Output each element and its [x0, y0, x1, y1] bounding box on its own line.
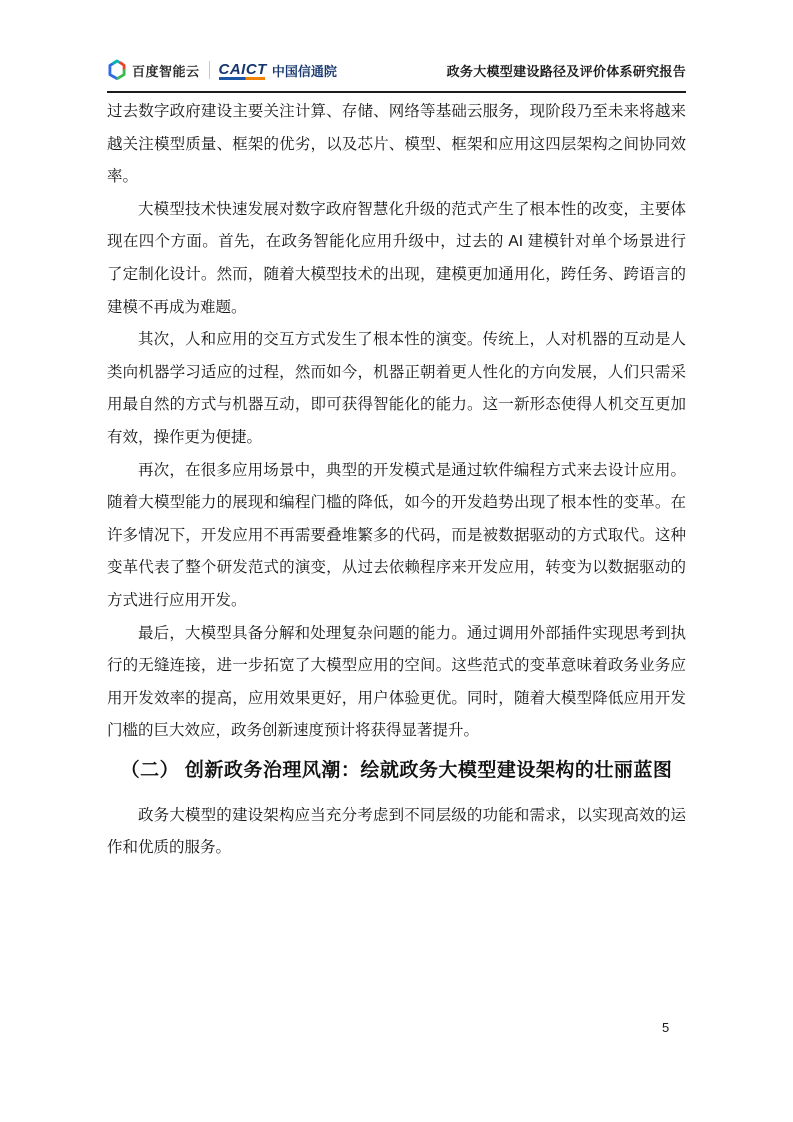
page-header: 百度智能云 CAICT 中国信通院 政务大模型建设路径及评价体系研究报告 [107, 55, 686, 93]
body-paragraph: 大模型技术快速发展对数字政府智慧化升级的范式产生了根本性的改变，主要体现在四个方… [107, 194, 686, 324]
caict-logo-name: 中国信通院 [272, 61, 337, 80]
body-paragraph: 政务大模型的建设架构应当充分考虑到不同层级的功能和需求，以实现高效的运作和优质的… [107, 800, 686, 865]
logo-divider [209, 61, 210, 79]
header-logos: 百度智能云 CAICT 中国信通院 [107, 59, 337, 81]
body-paragraph: 其次，人和应用的交互方式发生了根本性的演变。传统上，人对机器的互动是人类向机器学… [107, 324, 686, 454]
baidu-cloud-logo-text: 百度智能云 [132, 61, 200, 80]
body-paragraph: 最后，大模型具备分解和处理复杂问题的能力。通过调用外部插件实现思考到执行的无缝连… [107, 618, 686, 748]
baidu-cloud-logo-icon [107, 59, 127, 81]
page-number: 5 [662, 1020, 669, 1035]
baidu-cloud-logo: 百度智能云 [107, 59, 200, 81]
body-paragraph: 过去数字政府建设主要关注计算、存储、网络等基础云服务，现阶段乃至未来将越来越关注… [107, 96, 686, 194]
section-heading: （二） 创新政务治理风潮：绘就政务大模型建设架构的壮丽蓝图 [107, 753, 686, 789]
caict-logo: CAICT 中国信通院 [219, 61, 337, 80]
header-report-title: 政务大模型建设路径及评价体系研究报告 [447, 61, 686, 80]
body-paragraph: 再次，在很多应用场景中，典型的开发模式是通过软件编程方式来去设计应用。随着大模型… [107, 455, 686, 618]
caict-logo-acronym: CAICT [219, 61, 267, 80]
report-page: 百度智能云 CAICT 中国信通院 政务大模型建设路径及评价体系研究报告 过去数… [0, 0, 793, 1122]
document-body: 过去数字政府建设主要关注计算、存储、网络等基础云服务，现阶段乃至未来将越来越关注… [107, 96, 686, 865]
